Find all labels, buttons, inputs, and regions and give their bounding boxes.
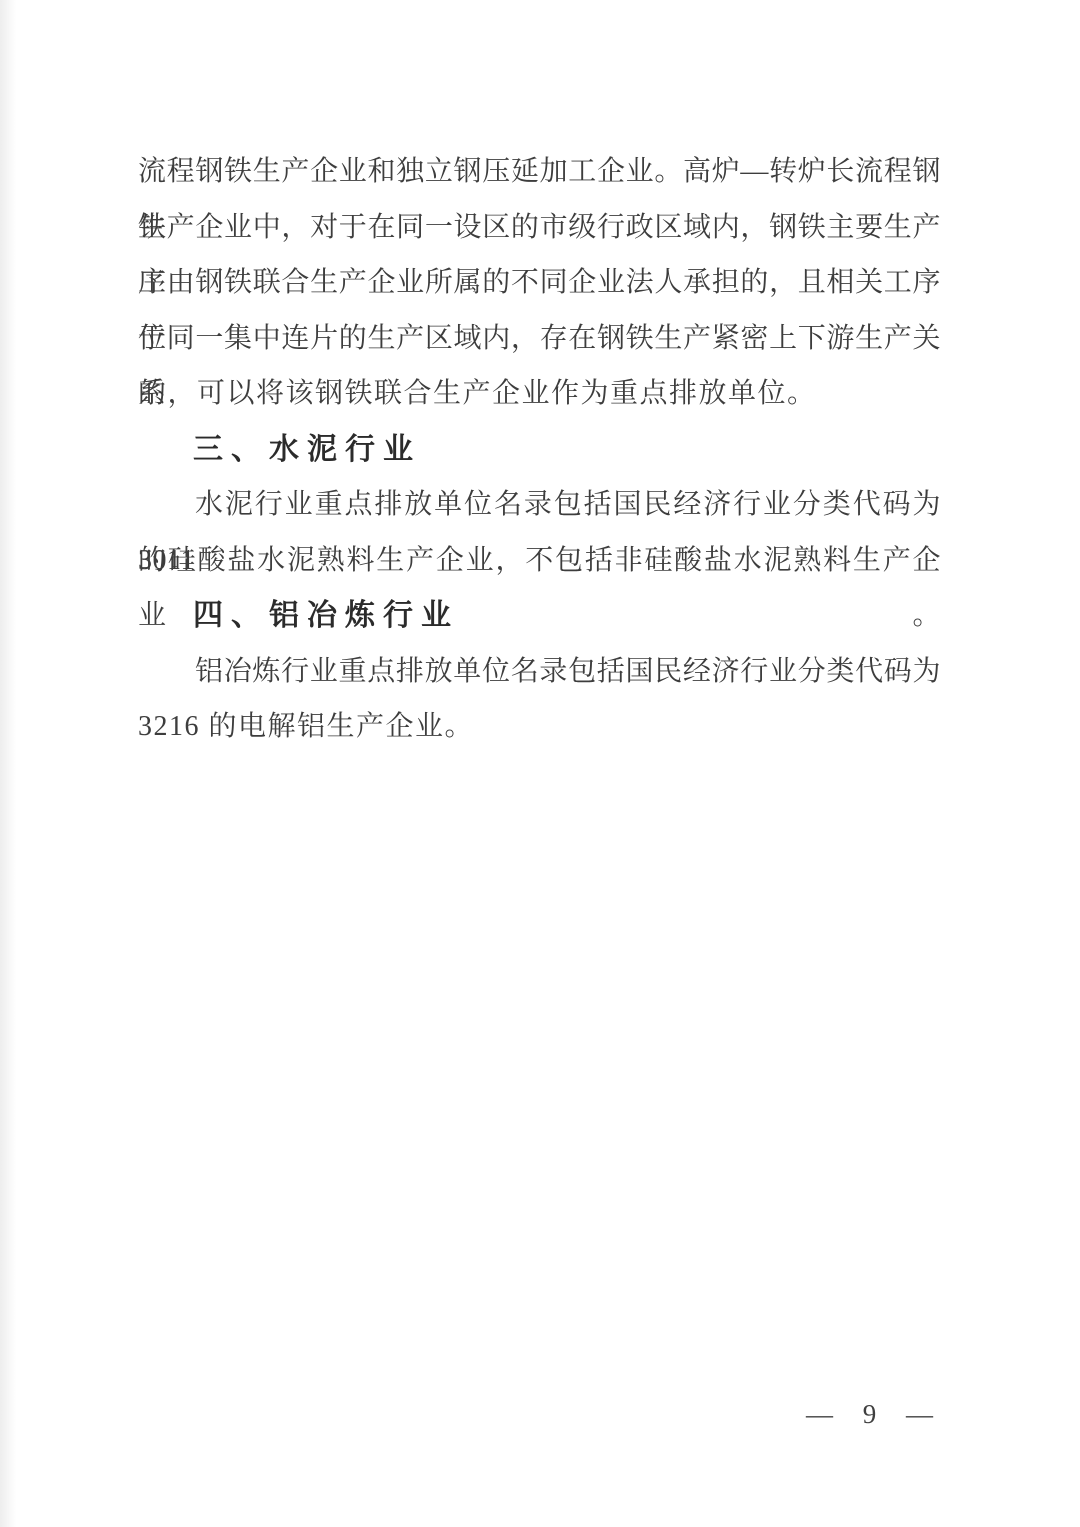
document-page: 流程钢铁生产企业和独立钢压延加工企业。高炉—转炉长流程钢铁 生产企业中，对于在同… <box>0 0 1080 1527</box>
document-body: 流程钢铁生产企业和独立钢压延加工企业。高炉—转炉长流程钢铁 生产企业中，对于在同… <box>138 144 941 755</box>
cement-paragraph-line-1: 水泥行业重点排放单位名录包括国民经济行业分类代码为 3011 <box>138 477 941 533</box>
steel-paragraph-line-1: 流程钢铁生产企业和独立钢压延加工企业。高炉—转炉长流程钢铁 <box>138 144 941 200</box>
page-number: — 9 — <box>806 1399 938 1429</box>
cement-paragraph-line-2: 的硅酸盐水泥熟料生产企业，不包括非硅酸盐水泥熟料生产企业。 <box>138 533 941 589</box>
scan-edge-shadow <box>0 0 16 1527</box>
steel-paragraph-line-3: 序由钢铁联合生产企业所属的不同企业法人承担的，且相关工序位 <box>138 255 941 311</box>
aluminum-paragraph-line-1: 铝冶炼行业重点排放单位名录包括国民经济行业分类代码为 <box>138 644 941 700</box>
steel-paragraph-line-5: 的，可以将该钢铁联合生产企业作为重点排放单位。 <box>138 366 941 422</box>
aluminum-paragraph-line-2: 3216 的电解铝生产企业。 <box>138 699 941 755</box>
steel-paragraph-line-4: 于同一集中连片的生产区域内，存在钢铁生产紧密上下游生产关系 <box>138 311 941 367</box>
section-heading-cement: 三、水泥行业 <box>138 422 941 478</box>
steel-paragraph-line-2: 生产企业中，对于在同一设区的市级行政区域内，钢铁主要生产工 <box>138 200 941 256</box>
